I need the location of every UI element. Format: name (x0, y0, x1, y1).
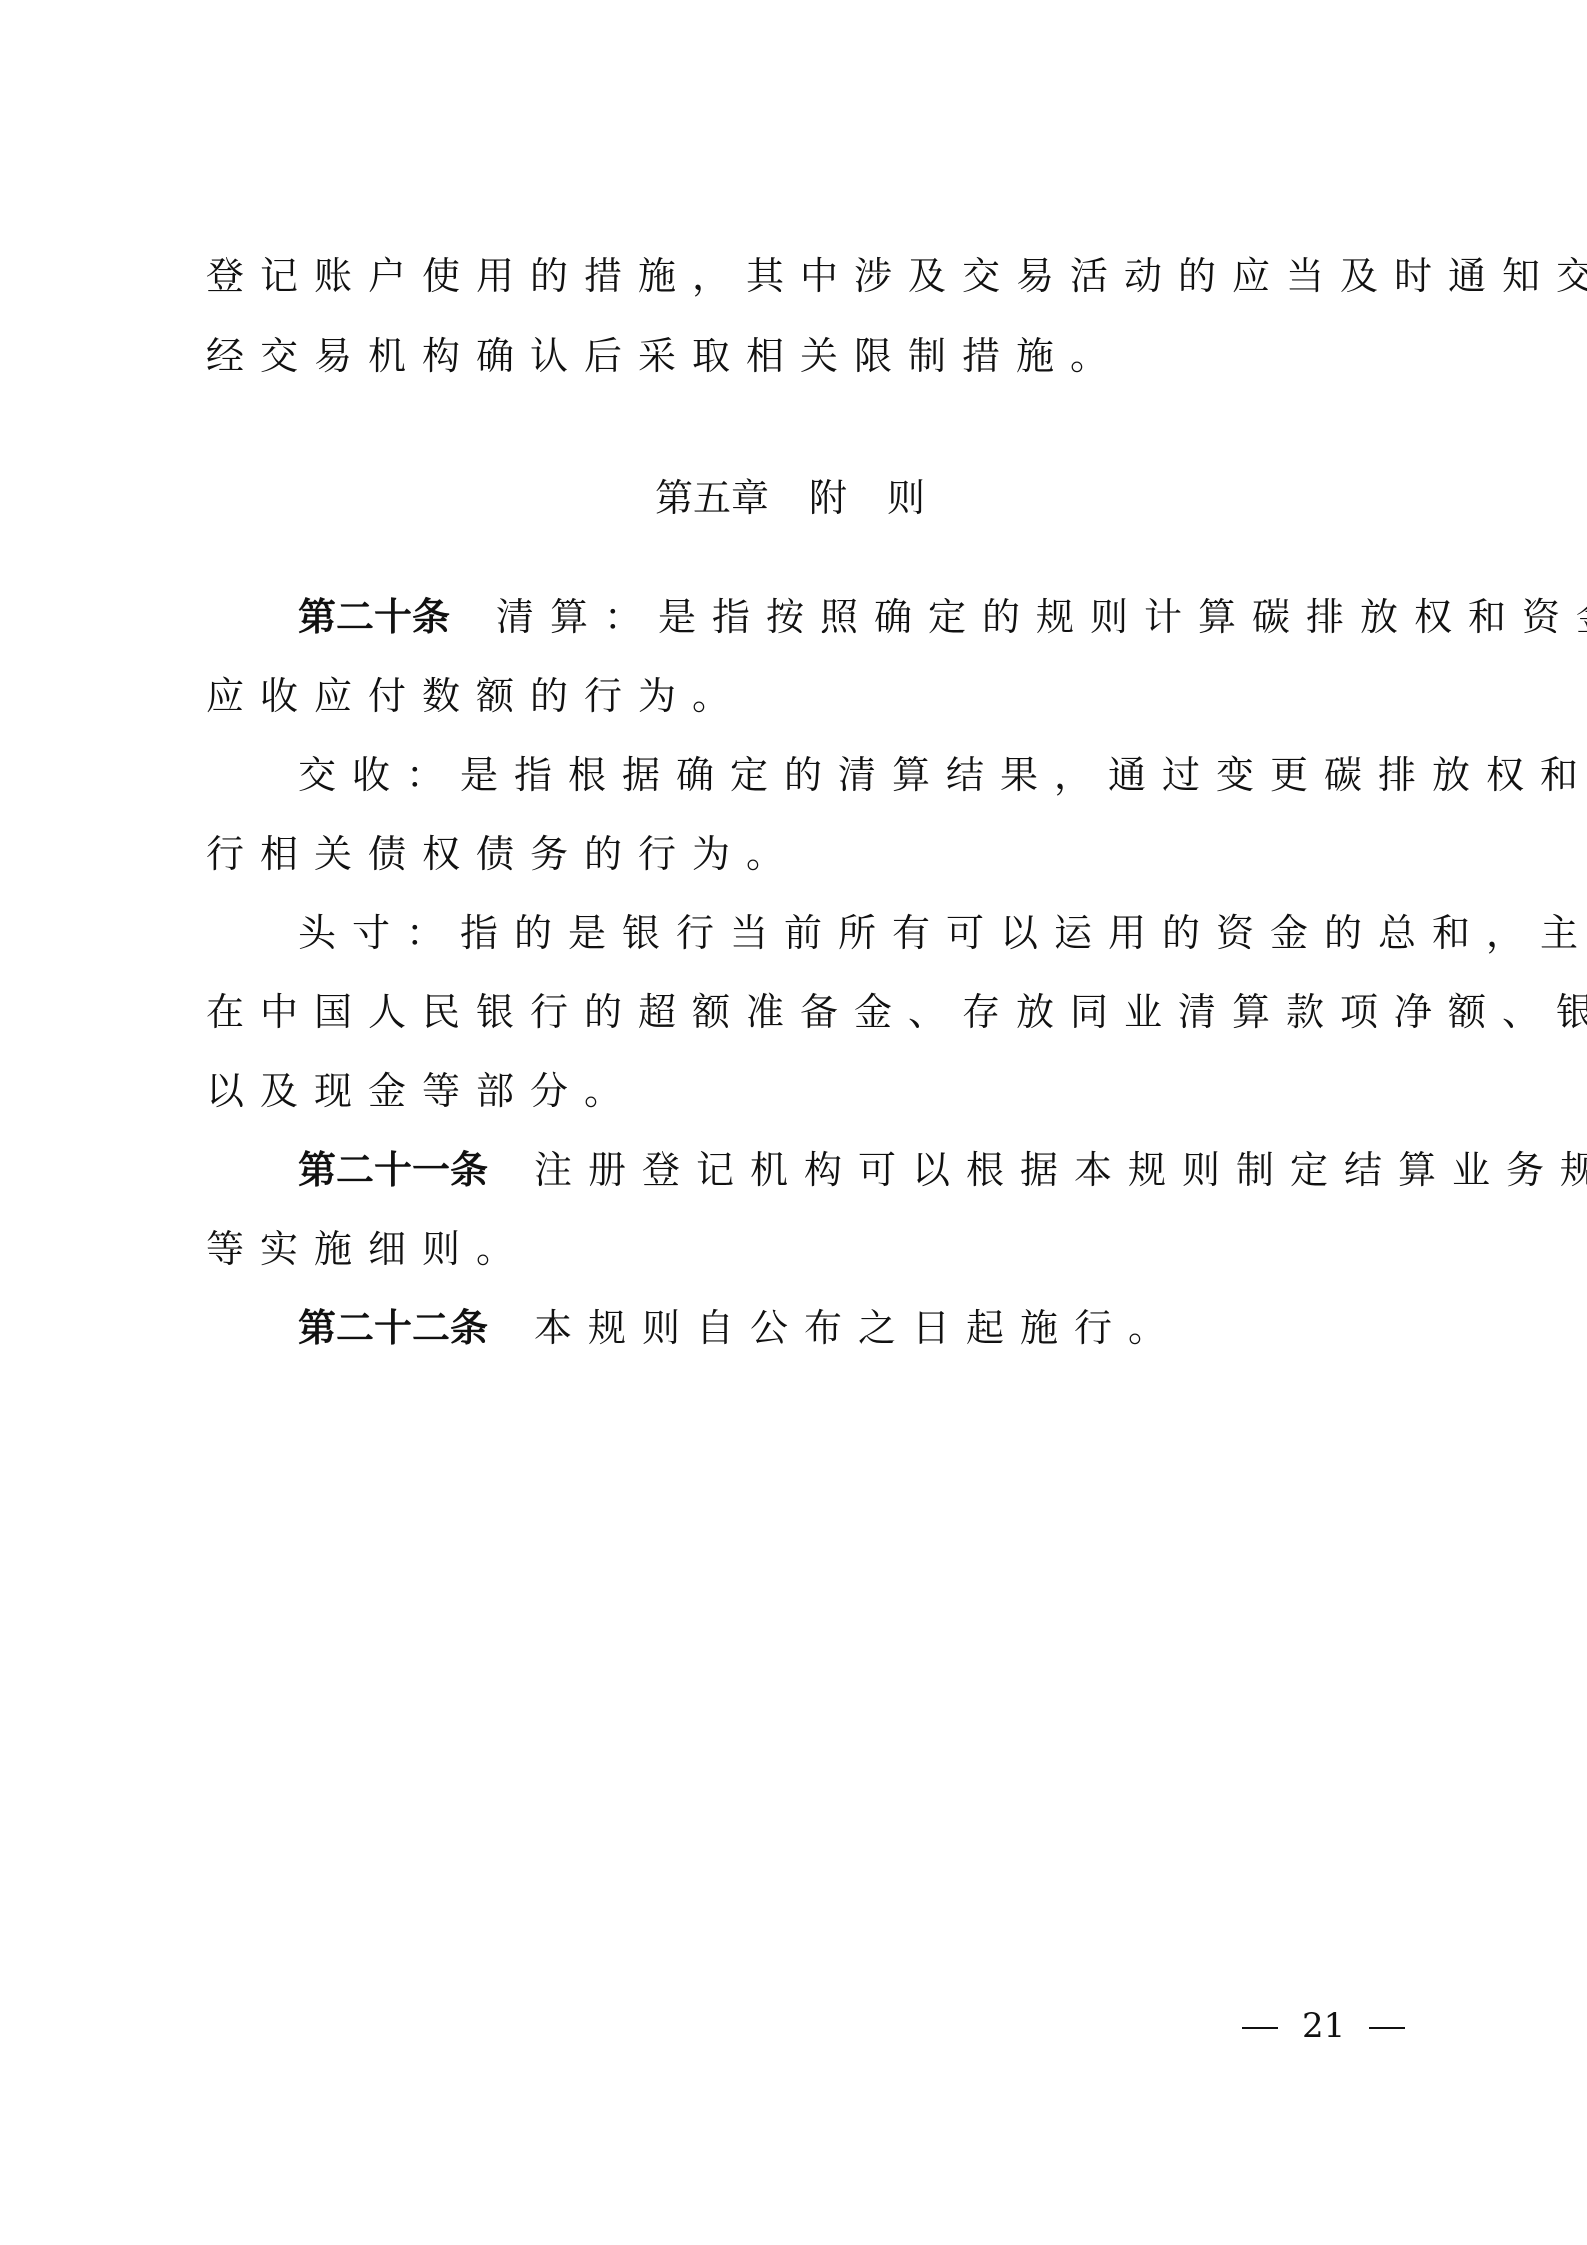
body-line: 应收应付数额的行为。 (206, 672, 746, 720)
page-number: 21 (1218, 2006, 1429, 2046)
page-number-value: 21 (1302, 2006, 1345, 2046)
article-22-line: 第二十二条本规则自公布之日起施行。 (298, 1304, 1182, 1352)
body-line: 等实施细则。 (206, 1225, 530, 1273)
chapter-heading: 第五章附则 (655, 474, 935, 522)
article-20-line: 第二十条清算：是指按照确定的规则计算碳排放权和资金的 (298, 593, 1587, 641)
chapter-title-char: 则 (887, 476, 925, 520)
article-label: 第二十二条 (298, 1306, 488, 1350)
body-line: 在中国人民银行的超额准备金、存放同业清算款项净额、银行存款 (206, 988, 1587, 1036)
dash-decoration (1242, 2027, 1278, 2029)
article-text: 本规则自公布之日起施行。 (534, 1306, 1182, 1350)
article-21-line: 第二十一条注册登记机构可以根据本规则制定结算业务规则 (298, 1146, 1587, 1194)
chapter-title-char: 附 (809, 476, 847, 520)
article-text: 清算：是指按照确定的规则计算碳排放权和资金的 (496, 595, 1587, 639)
definition-line: 交收：是指根据确定的清算结果，通过变更碳排放权和资金履 (298, 751, 1587, 799)
document-page: 登记账户使用的措施，其中涉及交易活动的应当及时通知交易机构， 经交易机构确认后采… (0, 0, 1587, 2245)
dash-decoration (1369, 2027, 1405, 2029)
article-text: 注册登记机构可以根据本规则制定结算业务规则 (534, 1148, 1587, 1192)
body-line: 登记账户使用的措施，其中涉及交易活动的应当及时通知交易机构， (206, 252, 1587, 300)
body-line: 行相关债权债务的行为。 (206, 830, 800, 878)
article-label: 第二十一条 (298, 1148, 488, 1192)
body-line: 经交易机构确认后采取相关限制措施。 (206, 332, 1124, 380)
chapter-number: 第五章 (655, 476, 769, 520)
definition-line: 头寸：指的是银行当前所有可以运用的资金的总和，主要包括 (298, 909, 1587, 957)
body-line: 以及现金等部分。 (206, 1067, 638, 1115)
article-label: 第二十条 (298, 595, 450, 639)
